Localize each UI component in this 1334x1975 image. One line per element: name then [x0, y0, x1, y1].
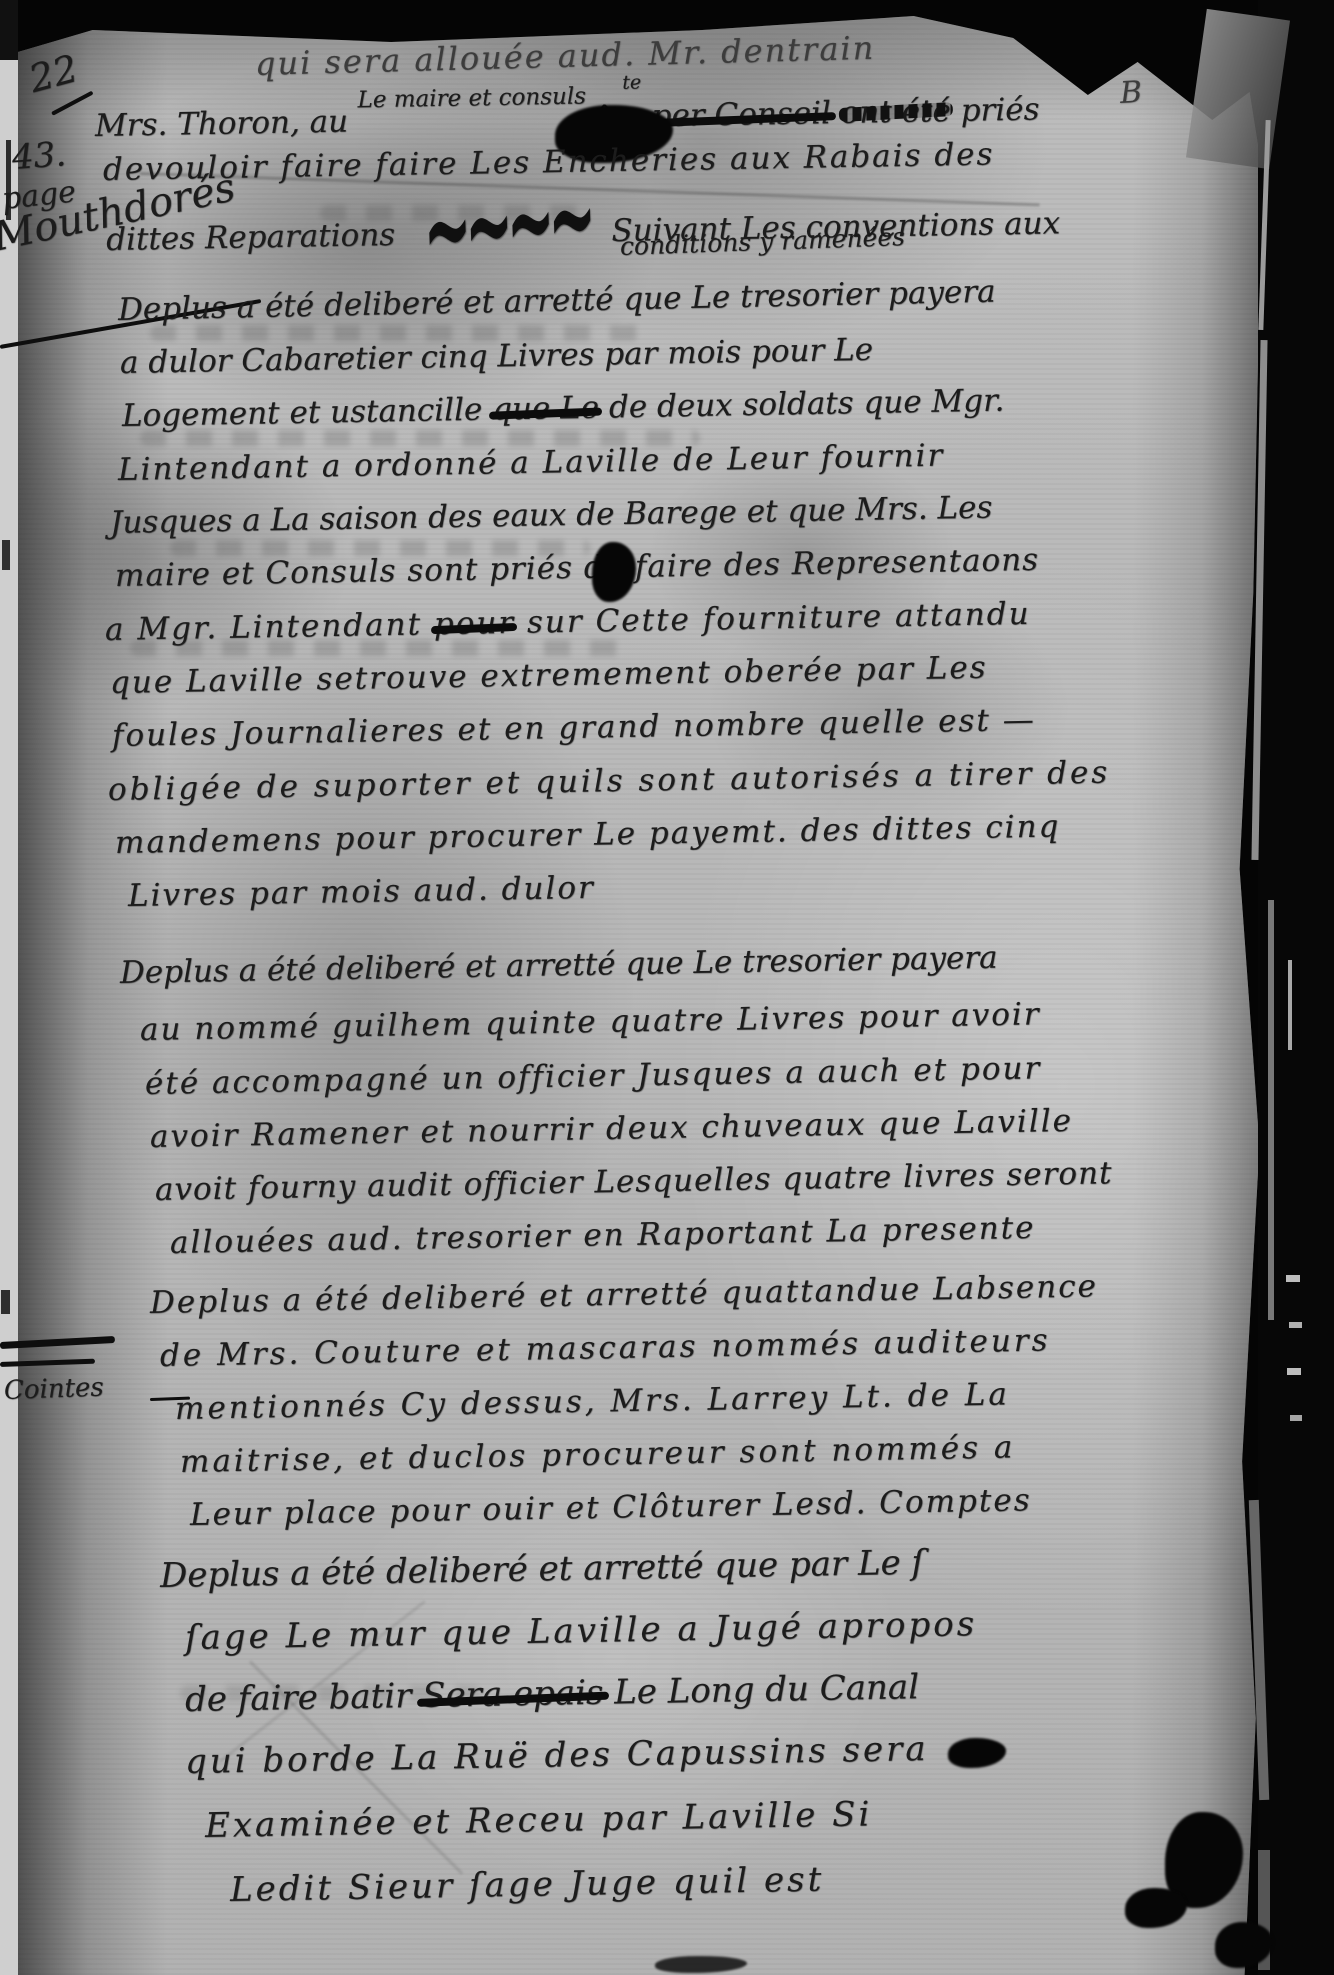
entry-number: 43.	[11, 134, 68, 178]
header-interline-insert: Le maire et consuls	[357, 83, 586, 113]
page-stack-edge	[1288, 960, 1292, 1050]
struck-text: Sera epais	[422, 1673, 604, 1716]
header-insert-superscript: te	[622, 71, 641, 93]
struck-text: per Conseil	[651, 95, 831, 134]
struck-text: que Le	[492, 390, 600, 428]
line-text: Logement et ustancille	[122, 392, 493, 434]
line-text: a Mgr. Lintendant	[105, 606, 434, 648]
header-line4-start: dittes Reparations	[106, 217, 396, 258]
line-text: de deux soldats que Mgr.	[599, 383, 1005, 426]
page-edge-tick	[1286, 1275, 1300, 1282]
margin-note-middle: Cointes	[3, 1373, 104, 1406]
edge-mark	[2, 540, 10, 570]
page-stack-edge	[1268, 900, 1274, 1320]
scribbled-text: ont été	[840, 93, 951, 131]
struck-text: pour	[434, 605, 516, 642]
page-edge-tick	[1287, 1368, 1301, 1375]
manuscript-scan: 22 43. page Mouthdorés Cointes qui sera …	[0, 0, 1334, 1975]
edge-mark	[1, 1290, 10, 1314]
facing-page-edge	[0, 0, 18, 1975]
header-line2-end: priés	[960, 92, 1039, 129]
line-text: de faire batir	[185, 1676, 423, 1720]
header-mark: B	[1119, 75, 1143, 111]
page-edge-tick	[1290, 1415, 1302, 1421]
page-edge-tick	[1289, 1322, 1302, 1328]
header-line2-start: Mrs. Thoron, au	[95, 104, 349, 144]
line-text: Le Long du Canal	[603, 1667, 919, 1713]
paraph-flourish: ~~~~	[421, 144, 592, 302]
